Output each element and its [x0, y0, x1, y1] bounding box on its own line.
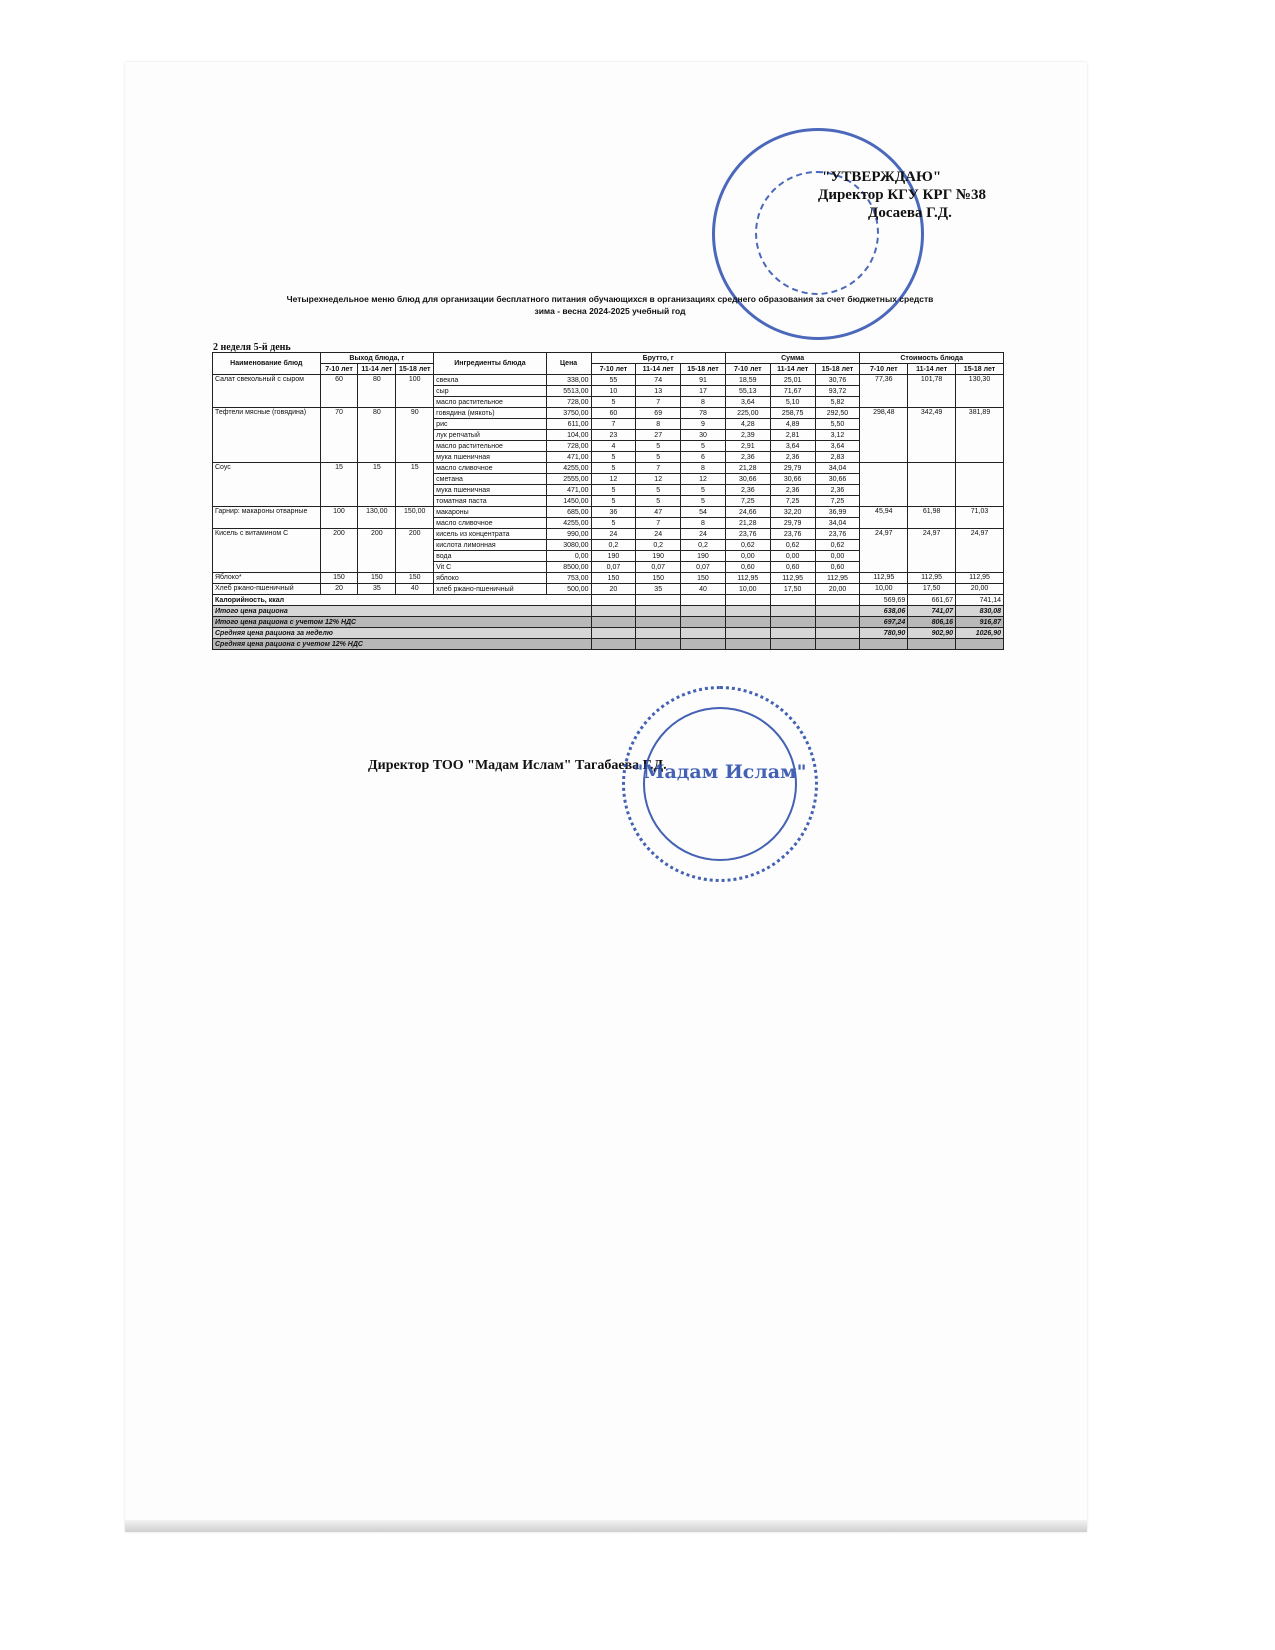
- ingredient-price: 611,00: [546, 419, 591, 430]
- summary-value: 661,67: [908, 595, 956, 606]
- ingredient-sum: 3,64: [725, 397, 770, 408]
- ingredient-sum: 3,64: [770, 441, 815, 452]
- ingredient-gross: 5: [591, 452, 636, 463]
- ingredient-sum: 25,01: [770, 375, 815, 386]
- summary-value: 780,90: [860, 628, 908, 639]
- ingredient-sum: 93,72: [815, 386, 860, 397]
- ingredient-gross: 5: [591, 496, 636, 507]
- document-title: Четырехнедельное меню блюд для организац…: [200, 293, 1020, 317]
- ingredient-gross: 13: [636, 386, 681, 397]
- dish-yield: 15: [358, 463, 396, 507]
- summary-blank: [770, 617, 815, 628]
- ingredient-sum: 55,13: [725, 386, 770, 397]
- ingredient-sum: 7,25: [725, 496, 770, 507]
- ingredient-sum: 21,28: [725, 518, 770, 529]
- dish-cost: [908, 463, 956, 507]
- dish-yield: 90: [396, 408, 434, 463]
- dish-cost: 24,97: [908, 529, 956, 573]
- ingredient-gross: 23: [591, 430, 636, 441]
- header-price: Цена: [546, 353, 591, 375]
- summary-blank: [591, 606, 636, 617]
- header-yield-age: 7-10 лет: [320, 364, 358, 375]
- summary-value: [956, 639, 1004, 650]
- table-row: Яблоко*150150150яблоко753,00150150150112…: [213, 573, 1004, 584]
- title-line-1: Четырехнедельное меню блюд для организац…: [200, 293, 1020, 305]
- ingredient-gross: 69: [636, 408, 681, 419]
- ingredient-name: масло растительное: [434, 397, 546, 408]
- ingredient-price: 500,00: [546, 584, 591, 595]
- ingredient-price: 0,00: [546, 551, 591, 562]
- approval-signer: Досаева Г.Д.: [818, 204, 986, 222]
- dish-yield: 150: [320, 573, 358, 584]
- dish-cost: 112,95: [908, 573, 956, 584]
- ingredient-sum: 2,83: [815, 452, 860, 463]
- ingredient-sum: 30,66: [815, 474, 860, 485]
- summary-value: 806,16: [908, 617, 956, 628]
- summary-blank: [681, 628, 726, 639]
- ingredient-gross: 24: [591, 529, 636, 540]
- ingredient-sum: 2,36: [815, 485, 860, 496]
- ingredient-gross: 12: [681, 474, 726, 485]
- summary-value: 569,69: [860, 595, 908, 606]
- ingredient-gross: 5: [681, 441, 726, 452]
- summary-blank: [681, 617, 726, 628]
- header-cost: Стоимость блюда: [860, 353, 1004, 364]
- summary-blank: [725, 628, 770, 639]
- ingredient-sum: 30,66: [770, 474, 815, 485]
- ingredient-sum: 0,60: [725, 562, 770, 573]
- ingredient-sum: 71,67: [770, 386, 815, 397]
- summary-blank: [815, 639, 860, 650]
- ingredient-sum: 2,36: [725, 485, 770, 496]
- ingredient-name: кислота лимонная: [434, 540, 546, 551]
- ingredient-price: 990,00: [546, 529, 591, 540]
- ingredient-price: 1450,00: [546, 496, 591, 507]
- ingredient-gross: 8: [636, 419, 681, 430]
- ingredient-gross: 5: [591, 518, 636, 529]
- ingredient-sum: 23,76: [815, 529, 860, 540]
- dish-cost: 17,50: [908, 584, 956, 595]
- ingredient-gross: 12: [591, 474, 636, 485]
- ingredient-price: 4255,00: [546, 518, 591, 529]
- ingredient-gross: 190: [591, 551, 636, 562]
- ingredient-sum: 0,60: [815, 562, 860, 573]
- dish-yield: 150: [358, 573, 396, 584]
- ingredient-gross: 5: [636, 441, 681, 452]
- dish-yield: 15: [320, 463, 358, 507]
- ingredient-name: Vit C: [434, 562, 546, 573]
- ingredient-name: масло сливочное: [434, 518, 546, 529]
- header-sum-age: 15-18 лет: [815, 364, 860, 375]
- summary-value: 697,24: [860, 617, 908, 628]
- ingredient-gross: 36: [591, 507, 636, 518]
- ingredient-gross: 54: [681, 507, 726, 518]
- header-yield: Выход блюда, г: [320, 353, 434, 364]
- ingredient-gross: 5: [591, 397, 636, 408]
- ingredient-gross: 190: [681, 551, 726, 562]
- ingredient-sum: 30,76: [815, 375, 860, 386]
- ingredient-name: говядина (мякоть): [434, 408, 546, 419]
- ingredient-name: масло растительное: [434, 441, 546, 452]
- dish-cost: 101,78: [908, 375, 956, 408]
- ingredient-name: рис: [434, 419, 546, 430]
- ingredient-name: масло сливочное: [434, 463, 546, 474]
- ingredient-gross: 30: [681, 430, 726, 441]
- summary-blank: [815, 595, 860, 606]
- dish-cost: 61,98: [908, 507, 956, 529]
- ingredient-sum: 3,12: [815, 430, 860, 441]
- ingredient-sum: 0,60: [770, 562, 815, 573]
- summary-blank: [770, 639, 815, 650]
- ingredient-name: сыр: [434, 386, 546, 397]
- summary-blank: [636, 617, 681, 628]
- summary-blank: [815, 628, 860, 639]
- ingredient-price: 753,00: [546, 573, 591, 584]
- dish-yield: 200: [358, 529, 396, 573]
- ingredient-sum: 30,66: [725, 474, 770, 485]
- ingredient-name: кисель из концентрата: [434, 529, 546, 540]
- ingredient-gross: 150: [681, 573, 726, 584]
- summary-blank: [636, 606, 681, 617]
- dish-yield: 150,00: [396, 507, 434, 529]
- ingredient-sum: 5,10: [770, 397, 815, 408]
- ingredient-sum: 5,82: [815, 397, 860, 408]
- summary-blank: [725, 639, 770, 650]
- ingredient-gross: 0,07: [591, 562, 636, 573]
- summary-blank: [636, 628, 681, 639]
- dish-cost: 298,48: [860, 408, 908, 463]
- dish-yield: 60: [320, 375, 358, 408]
- ingredient-price: 728,00: [546, 441, 591, 452]
- ingredient-name: сметана: [434, 474, 546, 485]
- header-sum-age: 11-14 лет: [770, 364, 815, 375]
- dish-cost: 112,95: [956, 573, 1004, 584]
- table-row: Салат свекольный с сыром6080100свекла338…: [213, 375, 1004, 386]
- ingredient-gross: 5: [591, 463, 636, 474]
- ingredient-gross: 91: [681, 375, 726, 386]
- ingredient-sum: 0,00: [770, 551, 815, 562]
- summary-blank: [815, 606, 860, 617]
- table-row: Кисель с витамином С200200200кисель из к…: [213, 529, 1004, 540]
- ingredient-sum: 5,50: [815, 419, 860, 430]
- ingredient-gross: 10: [591, 386, 636, 397]
- dish-cost: 24,97: [860, 529, 908, 573]
- ingredient-sum: 7,25: [770, 496, 815, 507]
- ingredient-name: мука пшеничная: [434, 452, 546, 463]
- summary-blank: [770, 628, 815, 639]
- ingredient-price: 2555,00: [546, 474, 591, 485]
- dish-yield: 150: [396, 573, 434, 584]
- approval-position: Директор КГУ КРГ №38: [818, 186, 986, 204]
- summary-value: 830,08: [956, 606, 1004, 617]
- ingredient-gross: 7: [636, 397, 681, 408]
- dish-yield: 20: [320, 584, 358, 595]
- ingredient-sum: 0,62: [815, 540, 860, 551]
- summary-blank: [636, 595, 681, 606]
- ingredient-sum: 0,00: [815, 551, 860, 562]
- ingredient-sum: 18,59: [725, 375, 770, 386]
- ingredient-gross: 9: [681, 419, 726, 430]
- ingredient-gross: 0,2: [591, 540, 636, 551]
- dish-yield: 200: [320, 529, 358, 573]
- ingredient-sum: 112,95: [725, 573, 770, 584]
- ingredient-sum: 2,39: [725, 430, 770, 441]
- dish-yield: 100: [396, 375, 434, 408]
- dish-cost: 112,95: [860, 573, 908, 584]
- ingredient-sum: 225,00: [725, 408, 770, 419]
- header-cost-age: 7-10 лет: [860, 364, 908, 375]
- ingredient-sum: 29,79: [770, 518, 815, 529]
- ingredient-sum: 24,66: [725, 507, 770, 518]
- ingredient-name: мука пшеничная: [434, 485, 546, 496]
- page-edge: [125, 1520, 1087, 1532]
- ingredient-sum: 34,04: [815, 518, 860, 529]
- dish-name: Яблоко*: [213, 573, 321, 584]
- ingredient-gross: 24: [681, 529, 726, 540]
- summary-row: Итого цена рациона638,06741,07830,08: [213, 606, 1004, 617]
- ingredient-price: 471,00: [546, 485, 591, 496]
- company-stamp-name: "Мадам Ислам": [625, 761, 815, 783]
- dish-cost: [956, 463, 1004, 507]
- ingredient-gross: 24: [636, 529, 681, 540]
- dish-yield: 80: [358, 375, 396, 408]
- summary-row: Средняя цена рациона за неделю780,90902,…: [213, 628, 1004, 639]
- summary-value: 741,07: [908, 606, 956, 617]
- dish-yield: 200: [396, 529, 434, 573]
- ingredient-gross: 12: [636, 474, 681, 485]
- ingredient-gross: 5: [636, 496, 681, 507]
- summary-label: Калорийность, ккал: [213, 595, 592, 606]
- ingredient-price: 338,00: [546, 375, 591, 386]
- ingredient-gross: 8: [681, 518, 726, 529]
- ingredient-name: яблоко: [434, 573, 546, 584]
- summary-blank: [815, 617, 860, 628]
- ingredient-gross: 47: [636, 507, 681, 518]
- ingredient-gross: 0,07: [636, 562, 681, 573]
- summary-row: Итого цена рациона с учетом 12% НДС697,2…: [213, 617, 1004, 628]
- header-cost-age: 15-18 лет: [956, 364, 1004, 375]
- dish-yield: 15: [396, 463, 434, 507]
- ingredient-gross: 20: [591, 584, 636, 595]
- ingredient-sum: 36,99: [815, 507, 860, 518]
- summary-row: Средняя цена рациона с учетом 12% НДС: [213, 639, 1004, 650]
- ingredient-sum: 258,75: [770, 408, 815, 419]
- dish-yield: 35: [358, 584, 396, 595]
- dish-cost: [860, 463, 908, 507]
- ingredient-price: 5513,00: [546, 386, 591, 397]
- header-cost-age: 11-14 лет: [908, 364, 956, 375]
- ingredient-sum: 17,50: [770, 584, 815, 595]
- ingredient-name: хлеб ржано-пшеничный: [434, 584, 546, 595]
- summary-row: Калорийность, ккал569,69661,67741,14: [213, 595, 1004, 606]
- approval-block: "УТВЕРЖДАЮ" Директор КГУ КРГ №38 Досаева…: [818, 168, 986, 222]
- header-sum-age: 7-10 лет: [725, 364, 770, 375]
- ingredient-gross: 150: [636, 573, 681, 584]
- summary-value: 902,90: [908, 628, 956, 639]
- summary-label: Средняя цена рациона за неделю: [213, 628, 592, 639]
- summary-blank: [681, 606, 726, 617]
- ingredient-sum: 2,81: [770, 430, 815, 441]
- ingredient-price: 728,00: [546, 397, 591, 408]
- summary-value: 638,06: [860, 606, 908, 617]
- title-line-2: зима - весна 2024-2025 учебный год: [200, 305, 1020, 317]
- dish-cost: 342,49: [908, 408, 956, 463]
- ingredient-price: 3750,00: [546, 408, 591, 419]
- dish-cost: 45,94: [860, 507, 908, 529]
- summary-label: Итого цена рациона: [213, 606, 592, 617]
- ingredient-gross: 27: [636, 430, 681, 441]
- ingredient-price: 4255,00: [546, 463, 591, 474]
- ingredient-gross: 55: [591, 375, 636, 386]
- ingredient-gross: 0,2: [636, 540, 681, 551]
- ingredient-gross: 7: [591, 419, 636, 430]
- summary-blank: [591, 595, 636, 606]
- ingredient-sum: 10,00: [725, 584, 770, 595]
- header-ingredients: Ингредиенты блюда: [434, 353, 546, 375]
- ingredient-sum: 112,95: [770, 573, 815, 584]
- ingredient-sum: 20,00: [815, 584, 860, 595]
- dish-name: Гарнир: макароны отварные: [213, 507, 321, 529]
- company-stamp: "Мадам Ислам": [622, 686, 818, 882]
- ingredient-gross: 150: [591, 573, 636, 584]
- summary-label: Средняя цена рациона с учетом 12% НДС: [213, 639, 592, 650]
- summary-blank: [591, 628, 636, 639]
- summary-value: [908, 639, 956, 650]
- ingredient-sum: 23,76: [770, 529, 815, 540]
- summary-blank: [636, 639, 681, 650]
- summary-value: 916,87: [956, 617, 1004, 628]
- summary-label: Итого цена рациона с учетом 12% НДС: [213, 617, 592, 628]
- company-stamp-inner-ring: [643, 707, 797, 861]
- dish-name: Хлеб ржано-пшеничный: [213, 584, 321, 595]
- header-gross-age: 15-18 лет: [681, 364, 726, 375]
- dish-name: Соус: [213, 463, 321, 507]
- ingredient-sum: 2,36: [770, 485, 815, 496]
- ingredient-name: лук репчатый: [434, 430, 546, 441]
- summary-blank: [770, 595, 815, 606]
- ingredient-sum: 292,50: [815, 408, 860, 419]
- table-row: Тефтели мясные (говядина)708090говядина …: [213, 408, 1004, 419]
- dish-name: Тефтели мясные (говядина): [213, 408, 321, 463]
- table-row: Хлеб ржано-пшеничный203540хлеб ржано-пше…: [213, 584, 1004, 595]
- header-gross-age: 7-10 лет: [591, 364, 636, 375]
- summary-blank: [591, 617, 636, 628]
- summary-blank: [725, 617, 770, 628]
- ingredient-gross: 60: [591, 408, 636, 419]
- ingredient-price: 8500,00: [546, 562, 591, 573]
- ingredient-name: вода: [434, 551, 546, 562]
- dish-name: Кисель с витамином С: [213, 529, 321, 573]
- table-row: Гарнир: макароны отварные100130,00150,00…: [213, 507, 1004, 518]
- dish-cost: 77,36: [860, 375, 908, 408]
- ingredient-sum: 0,62: [770, 540, 815, 551]
- ingredient-sum: 2,36: [725, 452, 770, 463]
- ingredient-gross: 6: [681, 452, 726, 463]
- summary-blank: [725, 606, 770, 617]
- summary-value: 741,14: [956, 595, 1004, 606]
- summary-value: [860, 639, 908, 650]
- ingredient-name: свекла: [434, 375, 546, 386]
- ingredient-gross: 5: [591, 485, 636, 496]
- ingredient-name: томатная паста: [434, 496, 546, 507]
- ingredient-price: 104,00: [546, 430, 591, 441]
- dish-cost: 130,30: [956, 375, 1004, 408]
- summary-blank: [725, 595, 770, 606]
- dish-yield: 70: [320, 408, 358, 463]
- ingredient-gross: 0,2: [681, 540, 726, 551]
- summary-blank: [770, 606, 815, 617]
- approval-heading: "УТВЕРЖДАЮ": [818, 168, 986, 186]
- header-yield-age: 15-18 лет: [396, 364, 434, 375]
- ingredient-sum: 32,20: [770, 507, 815, 518]
- dish-cost: 71,03: [956, 507, 1004, 529]
- header-sum: Сумма: [725, 353, 860, 364]
- ingredient-gross: 35: [636, 584, 681, 595]
- document-page: [125, 62, 1087, 1532]
- ingredient-price: 471,00: [546, 452, 591, 463]
- summary-blank: [591, 639, 636, 650]
- dish-name: Салат свекольный с сыром: [213, 375, 321, 408]
- ingredient-sum: 21,28: [725, 463, 770, 474]
- ingredient-gross: 7: [636, 518, 681, 529]
- ingredient-sum: 112,95: [815, 573, 860, 584]
- ingredient-gross: 8: [681, 397, 726, 408]
- ingredient-sum: 7,25: [815, 496, 860, 507]
- ingredient-gross: 0,07: [681, 562, 726, 573]
- dish-cost: 20,00: [956, 584, 1004, 595]
- dish-yield: 100: [320, 507, 358, 529]
- header-gross-age: 11-14 лет: [636, 364, 681, 375]
- dish-yield: 80: [358, 408, 396, 463]
- ingredient-sum: 34,04: [815, 463, 860, 474]
- ingredient-gross: 5: [636, 452, 681, 463]
- ingredient-sum: 2,91: [725, 441, 770, 452]
- ingredient-sum: 23,76: [725, 529, 770, 540]
- ingredient-price: 685,00: [546, 507, 591, 518]
- ingredient-sum: 2,36: [770, 452, 815, 463]
- dish-yield: 130,00: [358, 507, 396, 529]
- summary-blank: [681, 639, 726, 650]
- ingredient-price: 3080,00: [546, 540, 591, 551]
- summary-value: 1026,90: [956, 628, 1004, 639]
- ingredient-sum: 4,89: [770, 419, 815, 430]
- header-yield-age: 11-14 лет: [358, 364, 396, 375]
- ingredient-sum: 3,64: [815, 441, 860, 452]
- menu-table: Наименование блюд Выход блюда, г Ингреди…: [212, 352, 1004, 650]
- ingredient-sum: 0,62: [725, 540, 770, 551]
- header-dish: Наименование блюд: [213, 353, 321, 375]
- ingredient-gross: 4: [591, 441, 636, 452]
- ingredient-gross: 7: [636, 463, 681, 474]
- dish-cost: 381,89: [956, 408, 1004, 463]
- dish-yield: 40: [396, 584, 434, 595]
- ingredient-sum: 0,00: [725, 551, 770, 562]
- ingredient-name: макароны: [434, 507, 546, 518]
- dish-cost: 24,97: [956, 529, 1004, 573]
- ingredient-gross: 5: [636, 485, 681, 496]
- header-gross: Брутто, г: [591, 353, 725, 364]
- dish-cost: 10,00: [860, 584, 908, 595]
- ingredient-sum: 4,28: [725, 419, 770, 430]
- ingredient-gross: 5: [681, 485, 726, 496]
- ingredient-gross: 17: [681, 386, 726, 397]
- ingredient-gross: 190: [636, 551, 681, 562]
- ingredient-gross: 78: [681, 408, 726, 419]
- ingredient-gross: 8: [681, 463, 726, 474]
- ingredient-gross: 5: [681, 496, 726, 507]
- summary-blank: [681, 595, 726, 606]
- ingredient-gross: 74: [636, 375, 681, 386]
